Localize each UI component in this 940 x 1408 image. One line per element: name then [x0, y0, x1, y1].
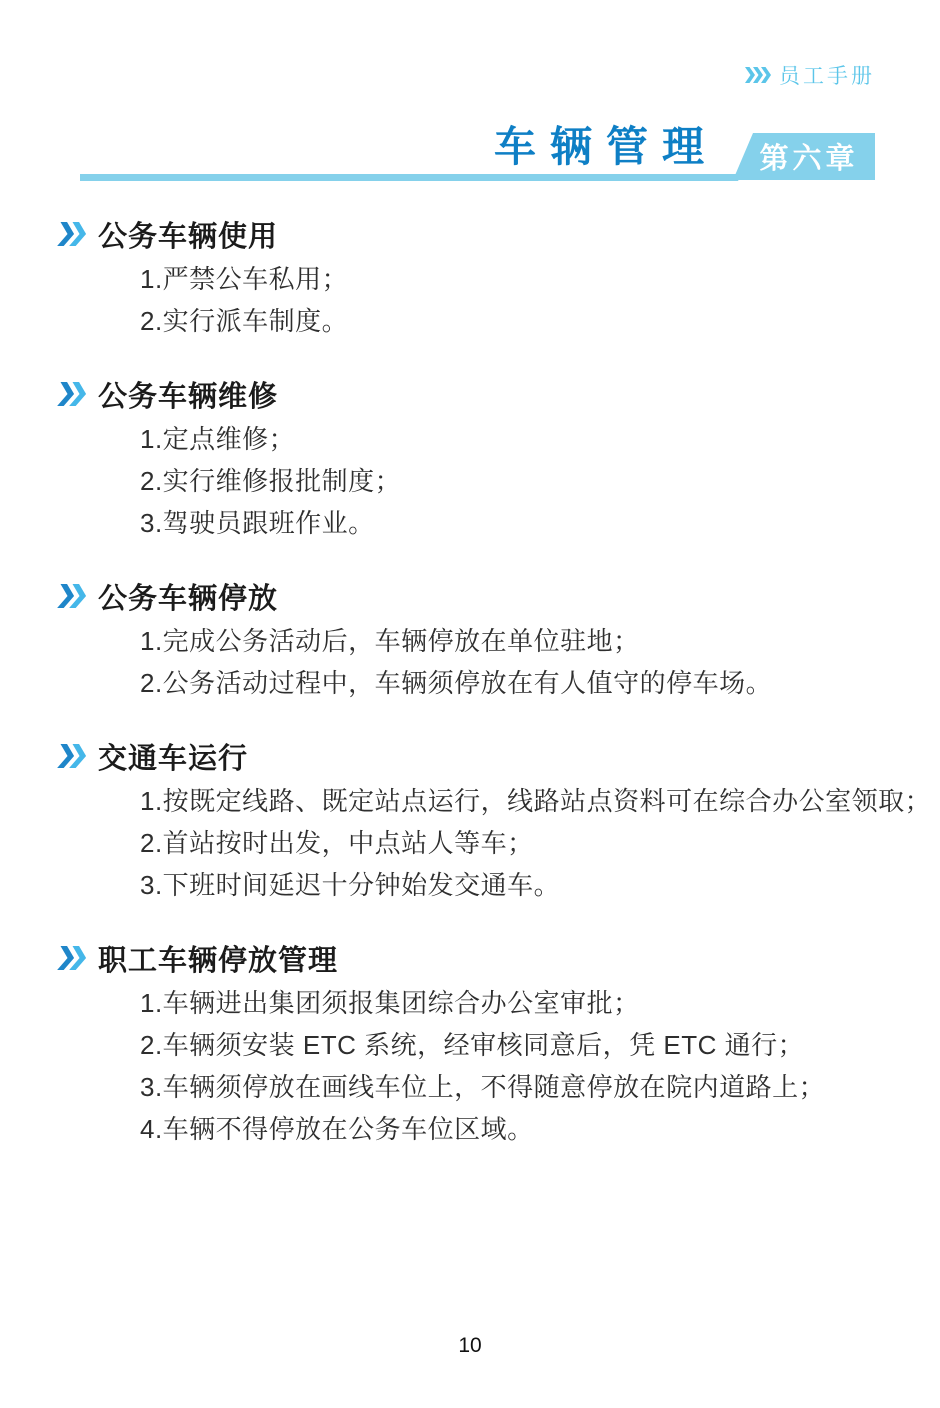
page-content: 公务车辆使用 1.严禁公车私用； 2.实行派车制度。 公务车辆维修 1.定点维修…: [58, 216, 890, 1184]
handbook-marker: 员工手册: [745, 60, 875, 90]
section-heading: 公务车辆维修: [58, 376, 890, 412]
list-item: 1.按既定线路、既定站点运行，线路站点资料可在综合办公室领取；: [140, 780, 890, 822]
section-item-list: 1.严禁公车私用； 2.实行派车制度。: [58, 258, 890, 342]
section-official-vehicle-repair: 公务车辆维修 1.定点维修； 2.实行维修报批制度； 3.驾驶员跟班作业。: [58, 376, 890, 544]
section-employee-vehicle-parking: 职工车辆停放管理 1.车辆进出集团须报集团综合办公室审批； 2.车辆须安装 ET…: [58, 940, 890, 1150]
section-item-list: 1.完成公务活动后，车辆停放在单位驻地； 2.公务活动过程中，车辆须停放在有人值…: [58, 620, 890, 704]
list-item: 2.首站按时出发，中点站人等车；: [140, 822, 890, 864]
triple-chevron-icon: [745, 67, 772, 83]
list-item: 2.实行维修报批制度；: [140, 460, 890, 502]
list-item: 1.定点维修；: [140, 418, 890, 460]
list-item: 1.车辆进出集团须报集团综合办公室审批；: [140, 982, 890, 1024]
list-item: 1.完成公务活动后，车辆停放在单位驻地；: [140, 620, 890, 662]
section-heading-label: 交通车运行: [98, 736, 248, 777]
title-underline-rule: [80, 174, 742, 181]
list-item: 1.严禁公车私用；: [140, 258, 890, 300]
list-item: 3.车辆须停放在画线车位上，不得随意停放在院内道路上；: [140, 1066, 890, 1108]
section-heading: 交通车运行: [58, 738, 890, 774]
list-item: 4.车辆不得停放在公务车位区域。: [140, 1108, 890, 1150]
section-heading: 公务车辆停放: [58, 578, 890, 614]
section-heading-label: 职工车辆停放管理: [98, 938, 338, 979]
section-heading-label: 公务车辆停放: [98, 576, 278, 617]
section-heading: 公务车辆使用: [58, 216, 890, 252]
page-number: 10: [0, 1334, 940, 1358]
double-chevron-icon: [56, 946, 89, 970]
chapter-badge: 第六章: [733, 133, 875, 180]
section-heading-label: 公务车辆维修: [98, 374, 278, 415]
section-heading: 职工车辆停放管理: [58, 940, 890, 976]
list-item: 2.车辆须安装 ETC 系统，经审核同意后，凭 ETC 通行；: [140, 1024, 890, 1066]
handbook-page: { "page": { "handbook_label": "员工手册", "t…: [0, 0, 940, 1408]
list-item: 2.实行派车制度。: [140, 300, 890, 342]
section-shuttle-bus-operation: 交通车运行 1.按既定线路、既定站点运行，线路站点资料可在综合办公室领取； 2.…: [58, 738, 890, 906]
section-item-list: 1.按既定线路、既定站点运行，线路站点资料可在综合办公室领取； 2.首站按时出发…: [58, 780, 890, 906]
handbook-label: 员工手册: [779, 60, 875, 90]
section-heading-label: 公务车辆使用: [98, 214, 278, 255]
list-item: 3.下班时间延迟十分钟始发交通车。: [140, 864, 890, 906]
section-item-list: 1.定点维修； 2.实行维修报批制度； 3.驾驶员跟班作业。: [58, 418, 890, 544]
list-item: 2.公务活动过程中，车辆须停放在有人值守的停车场。: [140, 662, 890, 704]
double-chevron-icon: [56, 744, 89, 768]
chapter-badge-label: 第六章: [759, 136, 858, 177]
section-item-list: 1.车辆进出集团须报集团综合办公室审批； 2.车辆须安装 ETC 系统，经审核同…: [58, 982, 890, 1150]
section-official-vehicle-parking: 公务车辆停放 1.完成公务活动后，车辆停放在单位驻地； 2.公务活动过程中，车辆…: [58, 578, 890, 704]
list-item: 3.驾驶员跟班作业。: [140, 502, 890, 544]
double-chevron-icon: [56, 584, 89, 608]
double-chevron-icon: [56, 382, 89, 406]
page-title: 车辆管理: [494, 123, 718, 171]
section-official-vehicle-use: 公务车辆使用 1.严禁公车私用； 2.实行派车制度。: [58, 216, 890, 342]
double-chevron-icon: [56, 222, 89, 246]
